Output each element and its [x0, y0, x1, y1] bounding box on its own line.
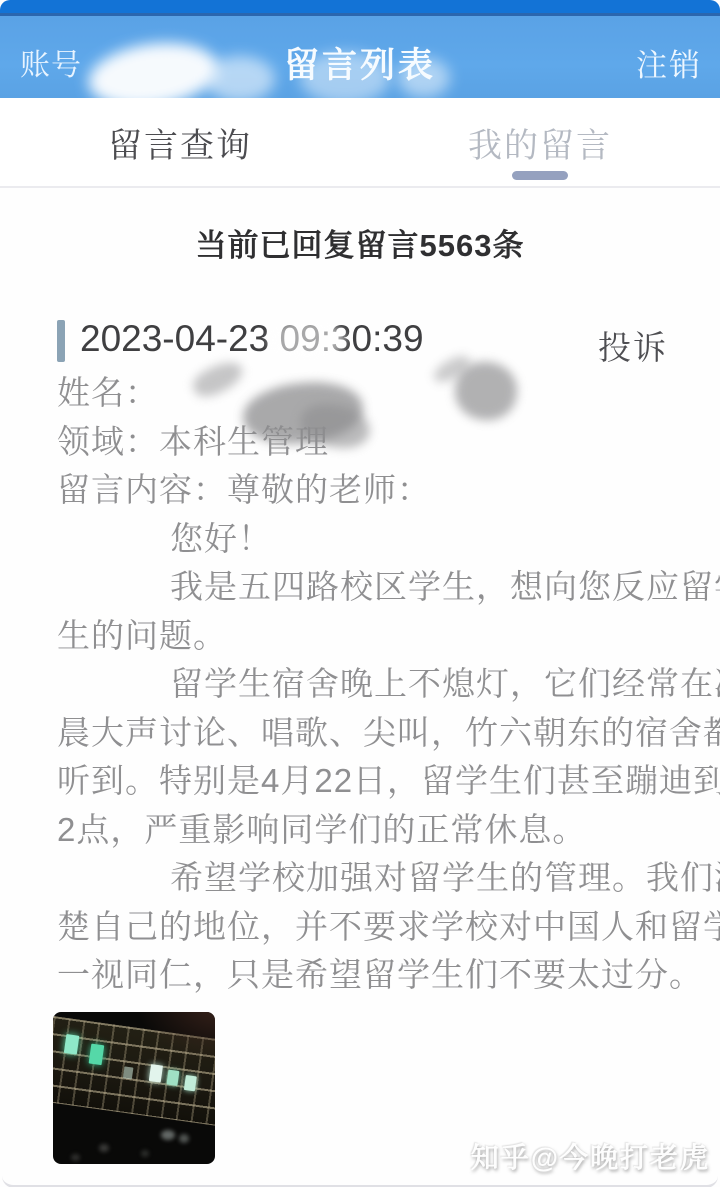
message-line: 2点，严重影响同学们的正常休息。 — [57, 806, 667, 855]
photo-warm-corner — [135, 1012, 215, 1062]
complaint-type-label: 投诉 — [598, 322, 668, 369]
content-label-row: 留言内容：尊敬的老师： — [57, 466, 667, 515]
screen-bottom-edge — [2, 1176, 718, 1187]
name-label: 姓名： — [57, 374, 159, 411]
lit-window — [89, 1044, 105, 1066]
timestamp-smudge — [268, 320, 346, 360]
lit-window — [149, 1064, 163, 1083]
message-content-lines: 您好！我是五四路校区学生，想向您反应留学生的问题。留学生宿舍晚上不熄灯，它们经常… — [57, 515, 667, 1000]
message-line: 晨大声讨论、唱歌、尖叫，竹六朝东的宿舍都能 — [57, 709, 667, 758]
lit-window — [184, 1075, 197, 1091]
message-body: 姓名： 领域：本科生管理 留言内容：尊敬的老师： 您好！我是五四路校区学生，想向… — [57, 369, 667, 1000]
dim-light-spot — [179, 1134, 189, 1143]
accent-bar — [57, 320, 65, 362]
lit-window — [123, 1066, 134, 1079]
dim-light-spot — [99, 1144, 109, 1152]
dim-light-spot — [71, 1154, 80, 1161]
message-line: 生的问题。 — [57, 612, 667, 661]
message-line: 我是五四路校区学生，想向您反应留学 — [57, 563, 667, 612]
lit-window — [64, 1034, 80, 1055]
zhihu-watermark: 知乎@今晚打老虎 — [471, 1136, 710, 1176]
app-screen: 账号 留言列表 注销 留言查询 我的留言 当前已回复留言5563条 2023-0… — [0, 0, 720, 1187]
message-line: 听到。特别是4月22日，留学生们甚至蹦迪到凌晨 — [57, 757, 667, 806]
dim-light-spot — [141, 1150, 149, 1157]
message-line: 希望学校加强对留学生的管理。我们清 — [57, 854, 667, 903]
message-timestamp: 2023-04-23 09:30:39 — [80, 318, 424, 360]
message-line: 一视同仁，只是希望留学生们不要太过分。 — [57, 951, 667, 1000]
attachment-photo[interactable] — [53, 1012, 215, 1164]
message-header-row: 2023-04-23 09:30:39 投诉 — [0, 318, 720, 366]
dim-light-spot — [161, 1130, 175, 1140]
message-line: 留学生宿舍晚上不熄灯，它们经常在凌 — [57, 660, 667, 709]
message-line: 楚自己的地位，并不要求学校对中国人和留学生 — [57, 903, 667, 952]
lit-window — [166, 1070, 179, 1086]
message-line: 您好！ — [57, 515, 667, 564]
message-card: 2023-04-23 09:30:39 投诉 姓名： 领域：本科生管理 留言内容… — [0, 0, 720, 1187]
